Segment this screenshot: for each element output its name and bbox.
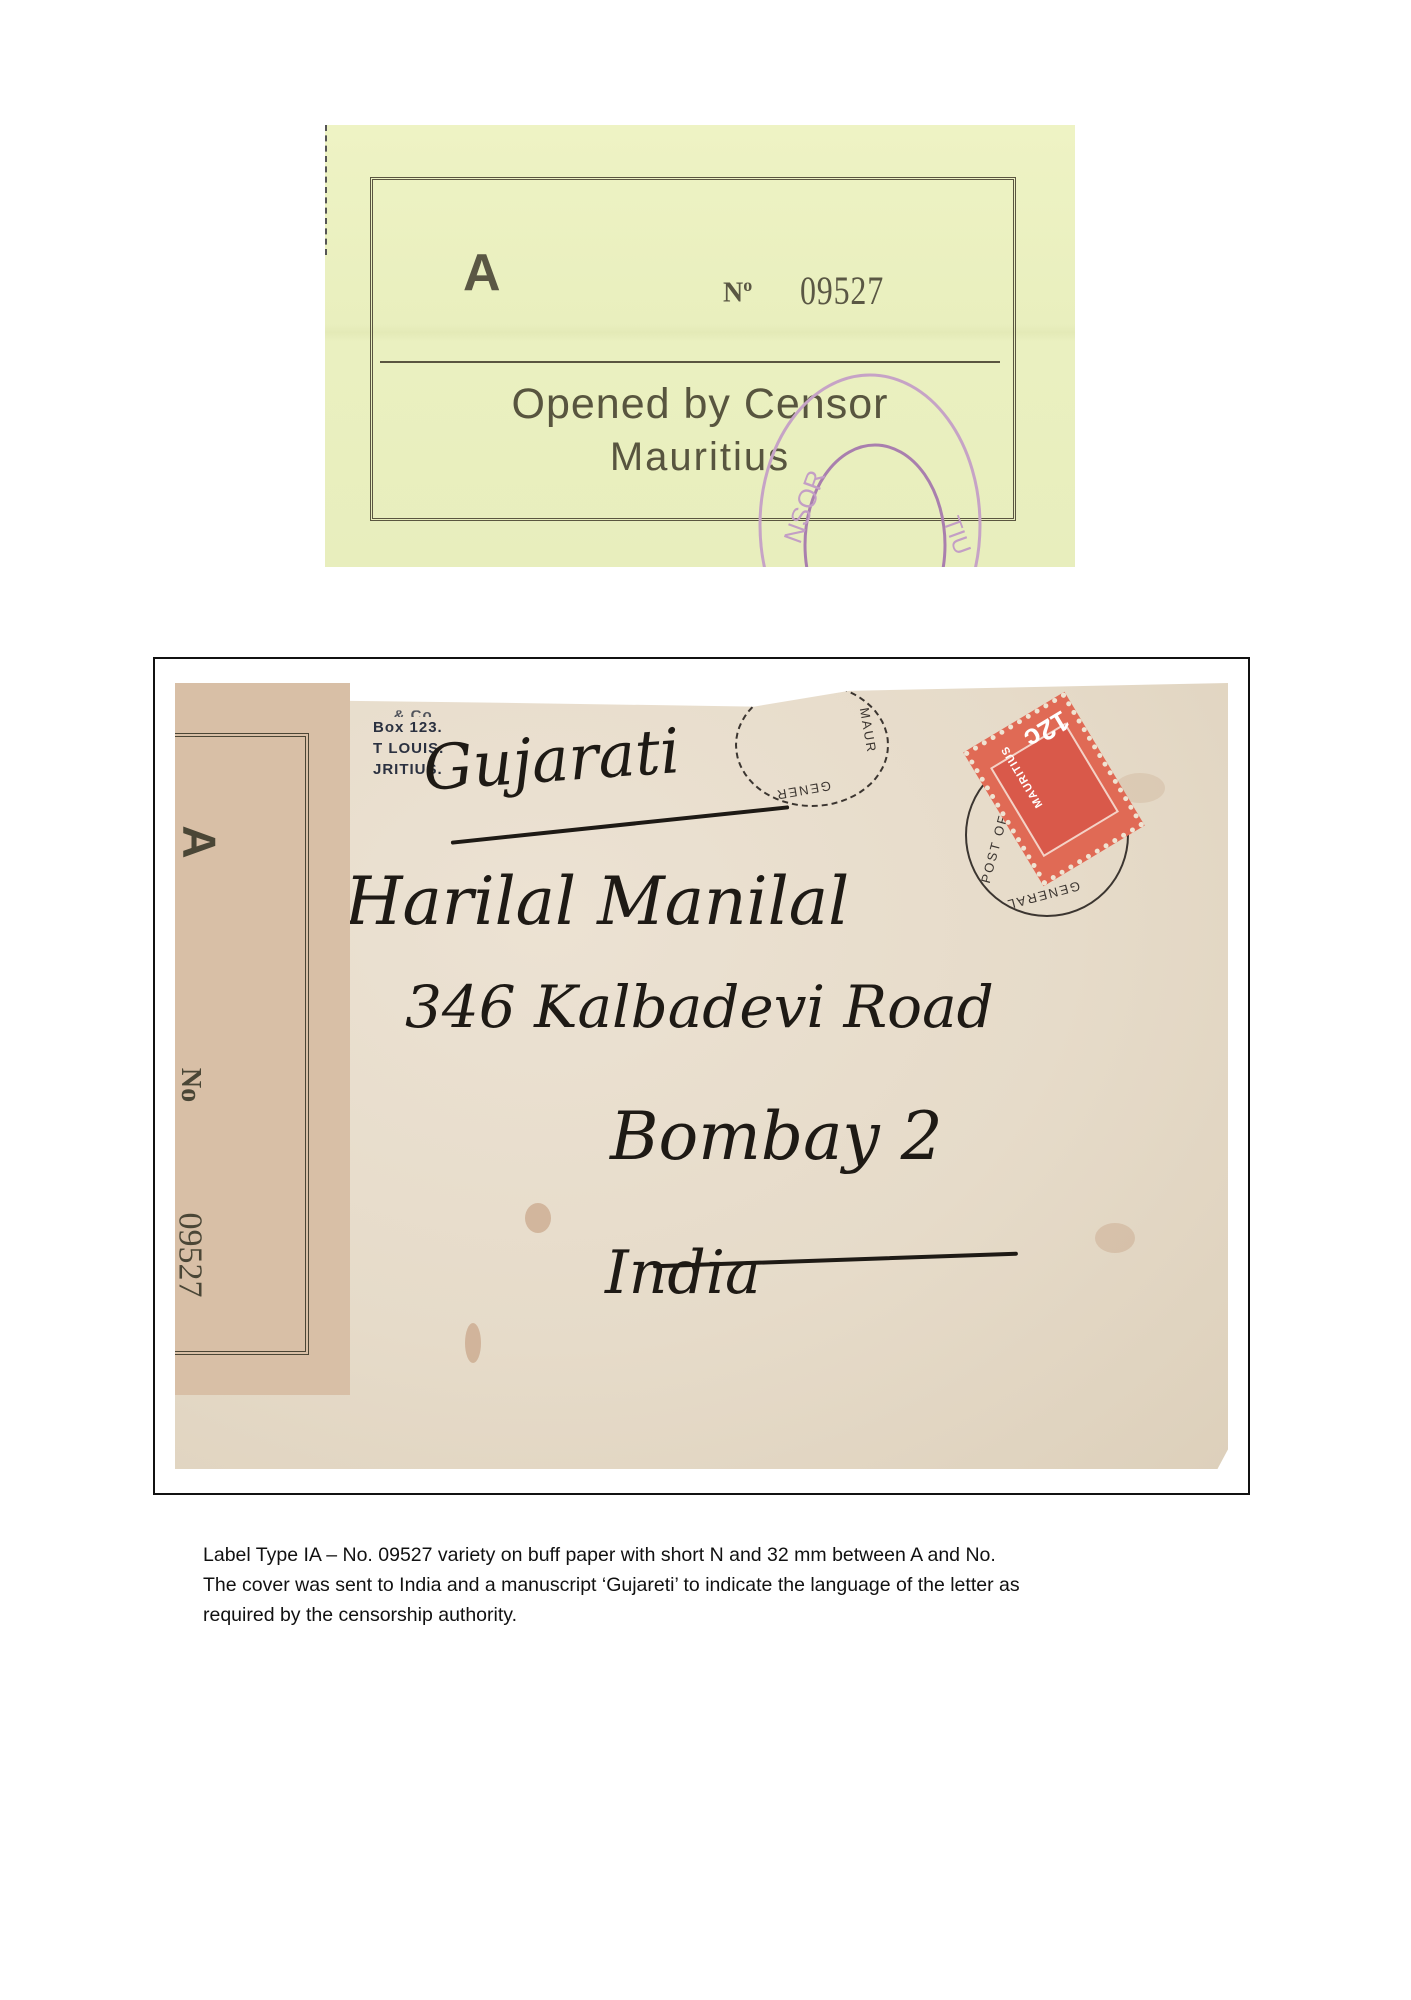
manuscript-city: Bombay 2 [610, 1098, 943, 1175]
stain [525, 1203, 551, 1233]
strip-letter: A [173, 825, 227, 858]
stain [1095, 1223, 1135, 1253]
cover-frame: ... & Co. Box 123. T LOUIS. JRITIUS. MAU… [153, 657, 1250, 1495]
manuscript-addressee: Harilal Manilal [345, 863, 849, 940]
underline [451, 805, 790, 845]
caption-line: The cover was sent to India and a manusc… [203, 1570, 1243, 1600]
caption-line: Label Type IA – No. 09527 variety on buf… [203, 1540, 1243, 1570]
manuscript-country: India [605, 1238, 761, 1308]
label-text-place: Mauritius [325, 435, 1075, 480]
caption: Label Type IA – No. 09527 variety on buf… [203, 1540, 1243, 1630]
censor-label-image: A No 09527 Opened by Censor Mauritius NS… [325, 125, 1075, 567]
label-letter: A [463, 243, 501, 303]
manuscript-language: Gujarati [421, 714, 682, 805]
manuscript-street: 346 Kalbadevi Road [405, 973, 994, 1041]
sender-line: ... & Co. [373, 705, 444, 717]
censor-strip: A No 09527 [175, 683, 350, 1395]
label-number-prefix: No [723, 275, 752, 309]
number-prefix-o: o [743, 275, 752, 295]
strip-serial: 09527 [171, 1213, 209, 1298]
label-text-opened: Opened by Censor [325, 380, 1075, 429]
strip-number-prefix: No [174, 1068, 206, 1102]
caption-line: required by the censorship authority. [203, 1600, 1243, 1630]
label-serial: 09527 [800, 267, 884, 314]
number-prefix-n: N [723, 277, 743, 308]
stain [465, 1323, 481, 1363]
perforation-edge [325, 125, 329, 255]
label-divider [380, 361, 1000, 363]
